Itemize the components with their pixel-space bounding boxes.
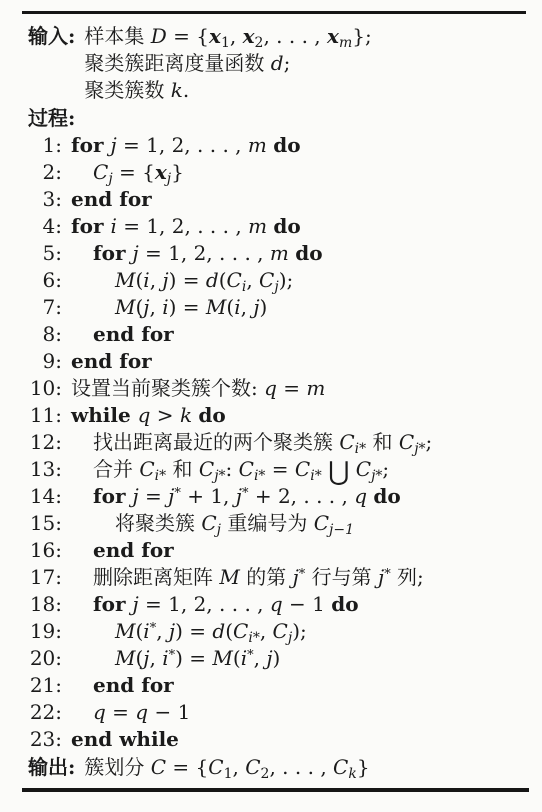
algo-step: 10:设置当前聚类簇个数: q = m	[28, 375, 538, 402]
text-segment: , . . . ,	[269, 755, 333, 779]
step-content: q = q − 1	[71, 699, 538, 726]
text-segment: 1	[221, 35, 230, 51]
text-segment: (	[219, 268, 227, 292]
line-number: 12:	[28, 429, 62, 456]
text-segment: =	[106, 700, 135, 724]
text-segment: >	[150, 403, 179, 427]
text-segment: C	[227, 268, 242, 292]
step-content: for j = 1, 2, . . . , q − 1 do	[71, 591, 538, 618]
steps-list: 1:for j = 1, 2, . . . , m do2:Cj = {xj}3…	[28, 132, 538, 753]
text-segment: C	[233, 619, 248, 643]
text-segment: m	[248, 133, 267, 157]
text-segment: = 1, 2, . . . ,	[139, 241, 270, 265]
keyword: x	[327, 24, 339, 48]
top-rule	[22, 11, 526, 14]
step-content: 将聚类簇 Cj 重编号为 Cj−1	[71, 510, 538, 537]
keyword: for	[71, 214, 110, 238]
algo-step: 18:for j = 1, 2, . . . , q − 1 do	[28, 591, 538, 618]
text-segment: d	[212, 619, 225, 643]
process-label: 过程:	[28, 104, 538, 132]
text-segment: ,	[246, 268, 259, 292]
text-segment: C	[93, 160, 108, 184]
algo-step: 17:删除距离矩阵 M 的第 j* 行与第 j* 列;	[28, 564, 538, 591]
keyword: x	[243, 24, 255, 48]
text-segment: ;	[382, 457, 389, 481]
algo-step: 6:M(i, j) = d(Ci, Cj);	[28, 267, 538, 294]
input-label: 输入:	[28, 23, 75, 50]
text-segment: C	[333, 755, 348, 779]
text-segment: :	[226, 457, 239, 481]
keyword: end for	[93, 673, 174, 697]
text-segment: d	[271, 51, 284, 75]
text-segment: k	[180, 403, 192, 427]
line-number: 2:	[28, 159, 62, 186]
keyword: end for	[93, 538, 174, 562]
text-segment: 设置当前聚类簇个数:	[71, 376, 264, 400]
algo-step: 15:将聚类簇 Cj 重编号为 Cj−1	[28, 510, 538, 537]
step-content: end while	[71, 726, 538, 753]
algo-step: 9:end for	[28, 348, 538, 375]
text-segment: D	[151, 24, 167, 48]
line-number: 3:	[28, 186, 62, 213]
step-content: for j = 1, 2, . . . , m do	[71, 240, 538, 267]
algo-step: 21:end for	[28, 672, 538, 699]
step-content: end for	[71, 348, 538, 375]
algo-step: 3:end for	[28, 186, 538, 213]
step-content: for j = j* + 1, j* + 2, . . . , q do	[71, 483, 538, 510]
step-content: 合并 Ci* 和 Cj*: Ci* = Ci* ⋃ Cj*;	[71, 456, 538, 483]
text-segment: =	[265, 457, 294, 481]
text-segment: M	[115, 295, 135, 319]
text-segment: .	[183, 78, 189, 102]
line-number: 8:	[28, 321, 62, 348]
text-segment: 1	[224, 766, 233, 782]
algo-step: 4:for i = 1, 2, . . . , m do	[28, 213, 538, 240]
line-number: 15:	[28, 510, 62, 537]
text-segment: i*	[155, 468, 166, 484]
step-content: for i = 1, 2, . . . , m do	[71, 213, 538, 240]
algo-step: 16:end for	[28, 537, 538, 564]
algo-step: 20:M(j, i*) = M(i*, j)	[28, 645, 538, 672]
text-segment: ) =	[175, 646, 212, 670]
text-segment: M	[219, 565, 239, 589]
keyword: do	[273, 133, 300, 157]
keyword: for	[93, 484, 132, 508]
algo-step: 7:M(j, i) = M(i, j)	[28, 294, 538, 321]
input-lines: 样本集 D = {x1, x2, . . . , xm};聚类簇距离度量函数 d…	[84, 23, 538, 104]
keyword: do	[198, 403, 225, 427]
step-content: M(j, i) = M(i, j)	[71, 294, 538, 321]
text-segment: ,	[156, 619, 169, 643]
text-segment: C	[245, 755, 260, 779]
line-number: 17:	[28, 564, 62, 591]
text-segment: C	[208, 755, 223, 779]
keyword: do	[331, 592, 358, 616]
text-segment: C	[399, 430, 414, 454]
text-segment: ,	[254, 646, 267, 670]
text-segment: M	[115, 619, 135, 643]
text-segment: M	[206, 295, 226, 319]
input-line: 聚类簇距离度量函数 d;	[84, 50, 538, 77]
output-text: 簇划分 C = {C1, C2, . . . , Ck}	[84, 754, 538, 781]
text-segment: (	[233, 646, 241, 670]
text-segment: + 2, . . . ,	[248, 484, 354, 508]
text-segment: ) =	[175, 619, 212, 643]
text-segment: ;	[284, 51, 291, 75]
keyword: do	[273, 214, 300, 238]
text-segment: i*	[254, 468, 265, 484]
keyword: end for	[93, 322, 174, 346]
text-segment: m	[339, 35, 352, 51]
text-segment: ,	[260, 619, 273, 643]
text-segment: j*	[214, 468, 225, 484]
line-number: 11:	[28, 402, 62, 429]
text-segment: C	[314, 511, 329, 535]
step-content: M(i*, j) = d(Ci*, Cj);	[71, 618, 538, 645]
text-segment: m	[248, 214, 267, 238]
text-segment: 聚类簇数	[84, 78, 170, 102]
keyword: x	[209, 24, 221, 48]
text-segment: C	[259, 268, 274, 292]
keyword: for	[71, 133, 110, 157]
keyword: x	[155, 160, 167, 184]
text-segment: );	[292, 619, 307, 643]
text-segment: d	[206, 268, 219, 292]
step-content: for j = 1, 2, . . . , m do	[71, 132, 538, 159]
text-segment: q	[264, 376, 277, 400]
output-label: 输出:	[28, 754, 75, 781]
step-content: end for	[71, 321, 538, 348]
line-number: 16:	[28, 537, 62, 564]
algo-step: 14:for j = j* + 1, j* + 2, . . . , q do	[28, 483, 538, 510]
algo-step: 2:Cj = {xj}	[28, 159, 538, 186]
text-segment: 合并	[93, 457, 139, 481]
text-segment: 删除距离矩阵	[93, 565, 219, 589]
algo-step: 23:end while	[28, 726, 538, 753]
algo-step: 5:for j = 1, 2, . . . , m do	[28, 240, 538, 267]
line-number: 10:	[28, 375, 62, 402]
algo-step: 12:找出距离最近的两个聚类簇 Ci* 和 Cj*;	[28, 429, 538, 456]
keyword: for	[93, 592, 132, 616]
step-content: 删除距离矩阵 M 的第 j* 行与第 j* 列;	[71, 564, 538, 591]
text-segment: ;	[426, 430, 433, 454]
text-segment: k	[171, 78, 183, 102]
line-number: 18:	[28, 591, 62, 618]
text-segment: q	[138, 403, 151, 427]
line-number: 20:	[28, 645, 62, 672]
algo-step: 1:for j = 1, 2, . . . , m do	[28, 132, 538, 159]
text-segment: q	[135, 700, 148, 724]
text-segment: 簇划分	[84, 755, 150, 779]
text-segment: k	[348, 766, 356, 782]
input-line: 聚类簇数 k.	[84, 77, 538, 104]
step-content: end for	[71, 537, 538, 564]
text-segment: = {	[166, 755, 208, 779]
text-segment: C	[273, 619, 288, 643]
text-segment: ,	[241, 295, 254, 319]
keyword: end for	[71, 187, 152, 211]
text-segment: = {	[167, 24, 209, 48]
text-segment: M	[115, 268, 135, 292]
text-segment: (	[225, 619, 233, 643]
text-segment: 行与第	[305, 565, 378, 589]
text-segment: q	[93, 700, 106, 724]
text-segment: ,	[230, 24, 243, 48]
text-segment: ,	[150, 646, 163, 670]
text-segment: j*	[414, 441, 425, 457]
algo-step: 19:M(i*, j) = d(Ci*, Cj);	[28, 618, 538, 645]
text-segment: 聚类簇距离度量函数	[84, 51, 270, 75]
keyword: end while	[71, 727, 179, 751]
text-segment: 将聚类簇	[115, 511, 201, 535]
text-segment: 列;	[391, 565, 424, 589]
text-segment: = {	[113, 160, 155, 184]
line-number: 7:	[28, 294, 62, 321]
step-content: M(i, j) = d(Ci, Cj);	[71, 267, 538, 294]
text-segment: , . . . ,	[263, 24, 327, 48]
text-segment: 和	[366, 430, 399, 454]
step-content: end for	[71, 672, 538, 699]
keyword: for	[93, 241, 132, 265]
text-segment: q	[354, 484, 367, 508]
text-segment: m	[270, 241, 289, 265]
step-content: end for	[71, 186, 538, 213]
text-segment: ,	[150, 268, 163, 292]
text-segment: )	[260, 295, 268, 319]
text-segment: ,	[150, 295, 163, 319]
text-segment: }	[171, 160, 184, 184]
algo-step: 13:合并 Ci* 和 Cj*: Ci* = Ci* ⋃ Cj*;	[28, 456, 538, 483]
text-segment: C	[151, 755, 166, 779]
text-segment: C	[199, 457, 214, 481]
line-number: 21:	[28, 672, 62, 699]
text-segment: M	[115, 646, 135, 670]
algo-step: 11:while q > k do	[28, 402, 538, 429]
text-segment: C	[295, 457, 310, 481]
text-segment: C	[339, 430, 354, 454]
keyword: do	[295, 241, 322, 265]
line-number: 6:	[28, 267, 62, 294]
text-segment: ) =	[169, 295, 206, 319]
line-number: 14:	[28, 483, 62, 510]
scanned-page: 输入: 样本集 D = {x1, x2, . . . , xm};聚类簇距离度量…	[0, 0, 542, 812]
text-segment: = 1, 2, . . . ,	[117, 133, 248, 157]
text-segment: )	[273, 646, 281, 670]
text-segment: 样本集	[84, 24, 150, 48]
text-segment: };	[352, 24, 371, 48]
text-segment: q	[270, 592, 283, 616]
text-segment: ) =	[169, 268, 206, 292]
text-segment: + 1,	[181, 484, 236, 508]
step-content: while q > k do	[71, 402, 538, 429]
text-segment: 和	[166, 457, 199, 481]
text-segment: j*	[371, 468, 382, 484]
text-segment: = 1, 2, . . . ,	[139, 592, 270, 616]
text-segment: − 1	[148, 700, 190, 724]
text-segment: 的第	[240, 565, 293, 589]
input-block: 输入: 样本集 D = {x1, x2, . . . , xm};聚类簇距离度量…	[28, 23, 538, 104]
step-content: M(j, i*) = M(i*, j)	[71, 645, 538, 672]
bottom-rule	[22, 788, 529, 792]
text-segment: C	[239, 457, 254, 481]
output-line: 簇划分 C = {C1, C2, . . . , Ck}	[84, 754, 538, 781]
text-segment: C	[139, 457, 154, 481]
input-line: 样本集 D = {x1, x2, . . . , xm};	[84, 23, 538, 50]
text-segment: ,	[233, 755, 246, 779]
text-segment: =	[139, 484, 168, 508]
line-number: 4:	[28, 213, 62, 240]
text-segment: = 1, 2, . . . ,	[117, 214, 248, 238]
line-number: 13:	[28, 456, 62, 483]
text-segment: 找出距离最近的两个聚类簇	[93, 430, 339, 454]
text-segment: 重编号为	[221, 511, 314, 535]
text-segment: );	[279, 268, 294, 292]
line-number: 19:	[28, 618, 62, 645]
text-segment: M	[212, 646, 232, 670]
step-content: 找出距离最近的两个聚类簇 Ci* 和 Cj*;	[71, 429, 538, 456]
text-segment: j−1	[329, 522, 354, 538]
algo-step: 8:end for	[28, 321, 538, 348]
keyword: end for	[71, 349, 152, 373]
text-segment: }	[357, 755, 370, 779]
line-number: 22:	[28, 699, 62, 726]
step-content: 设置当前聚类簇个数: q = m	[71, 375, 538, 402]
text-segment: C	[356, 457, 371, 481]
text-segment: =	[277, 376, 306, 400]
line-number: 23:	[28, 726, 62, 753]
step-content: Cj = {xj}	[71, 159, 538, 186]
text-segment: C	[201, 511, 216, 535]
text-segment: m	[306, 376, 325, 400]
algo-step: 22:q = q − 1	[28, 699, 538, 726]
text-segment: − 1	[283, 592, 332, 616]
line-number: 5:	[28, 240, 62, 267]
text-segment: i*	[310, 468, 321, 484]
line-number: 1:	[28, 132, 62, 159]
keyword: do	[373, 484, 400, 508]
output-block: 输出: 簇划分 C = {C1, C2, . . . , Ck}	[28, 754, 538, 781]
algorithm-content: 输入: 样本集 D = {x1, x2, . . . , xm};聚类簇距离度量…	[28, 23, 538, 781]
text-segment: i*	[355, 441, 366, 457]
keyword: while	[71, 403, 138, 427]
line-number: 9:	[28, 348, 62, 375]
text-segment: i*	[248, 630, 259, 646]
